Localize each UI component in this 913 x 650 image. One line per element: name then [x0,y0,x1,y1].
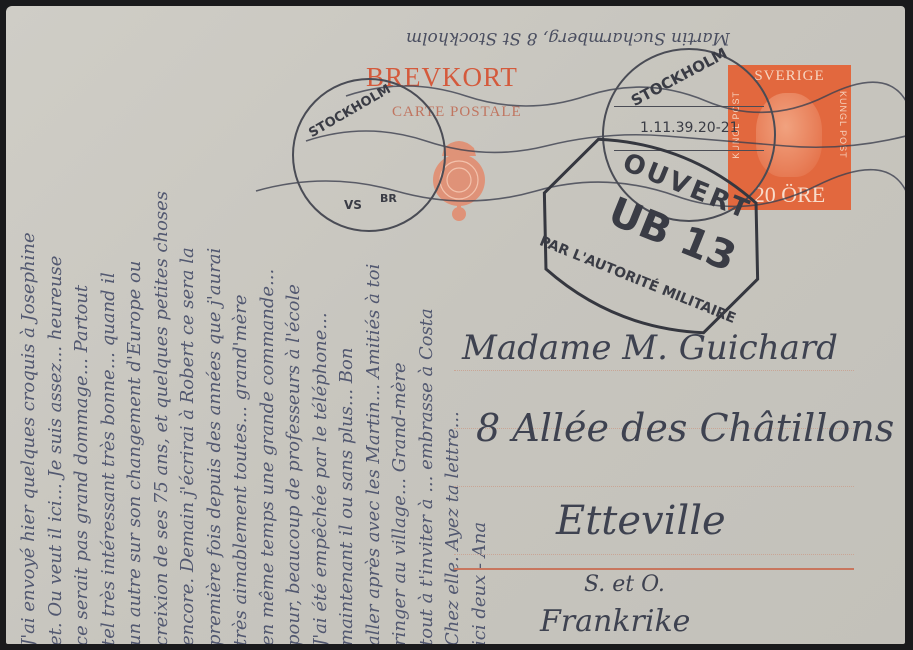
postmark-date: 1.11.39.20-21 [640,120,739,136]
postmark-stockholm-2: STOCKHOLM VS BR [292,78,446,232]
postmark-code: VS [344,198,362,212]
postcard: J'ai envoyé hier quelques croquis à Jose… [6,6,905,644]
address-guide-line [454,554,854,555]
address-department: S. et O. [584,572,665,597]
postmark-bar [614,106,764,107]
cancellation-waves-icon [6,6,905,336]
address-street: 8 Allée des Châtillons [476,406,894,450]
address-guide-line [454,370,854,371]
address-city: Etteville [556,498,726,544]
address-red-line [454,568,854,570]
address-guide-line [454,486,854,487]
address-country: Frankrike [540,604,690,639]
sender-note: Martin Sucharmberg, 8 St Stockholm [406,28,730,48]
address-recipient: Madame M. Guichard [462,328,838,368]
postmark-suffix: BR [380,192,397,205]
